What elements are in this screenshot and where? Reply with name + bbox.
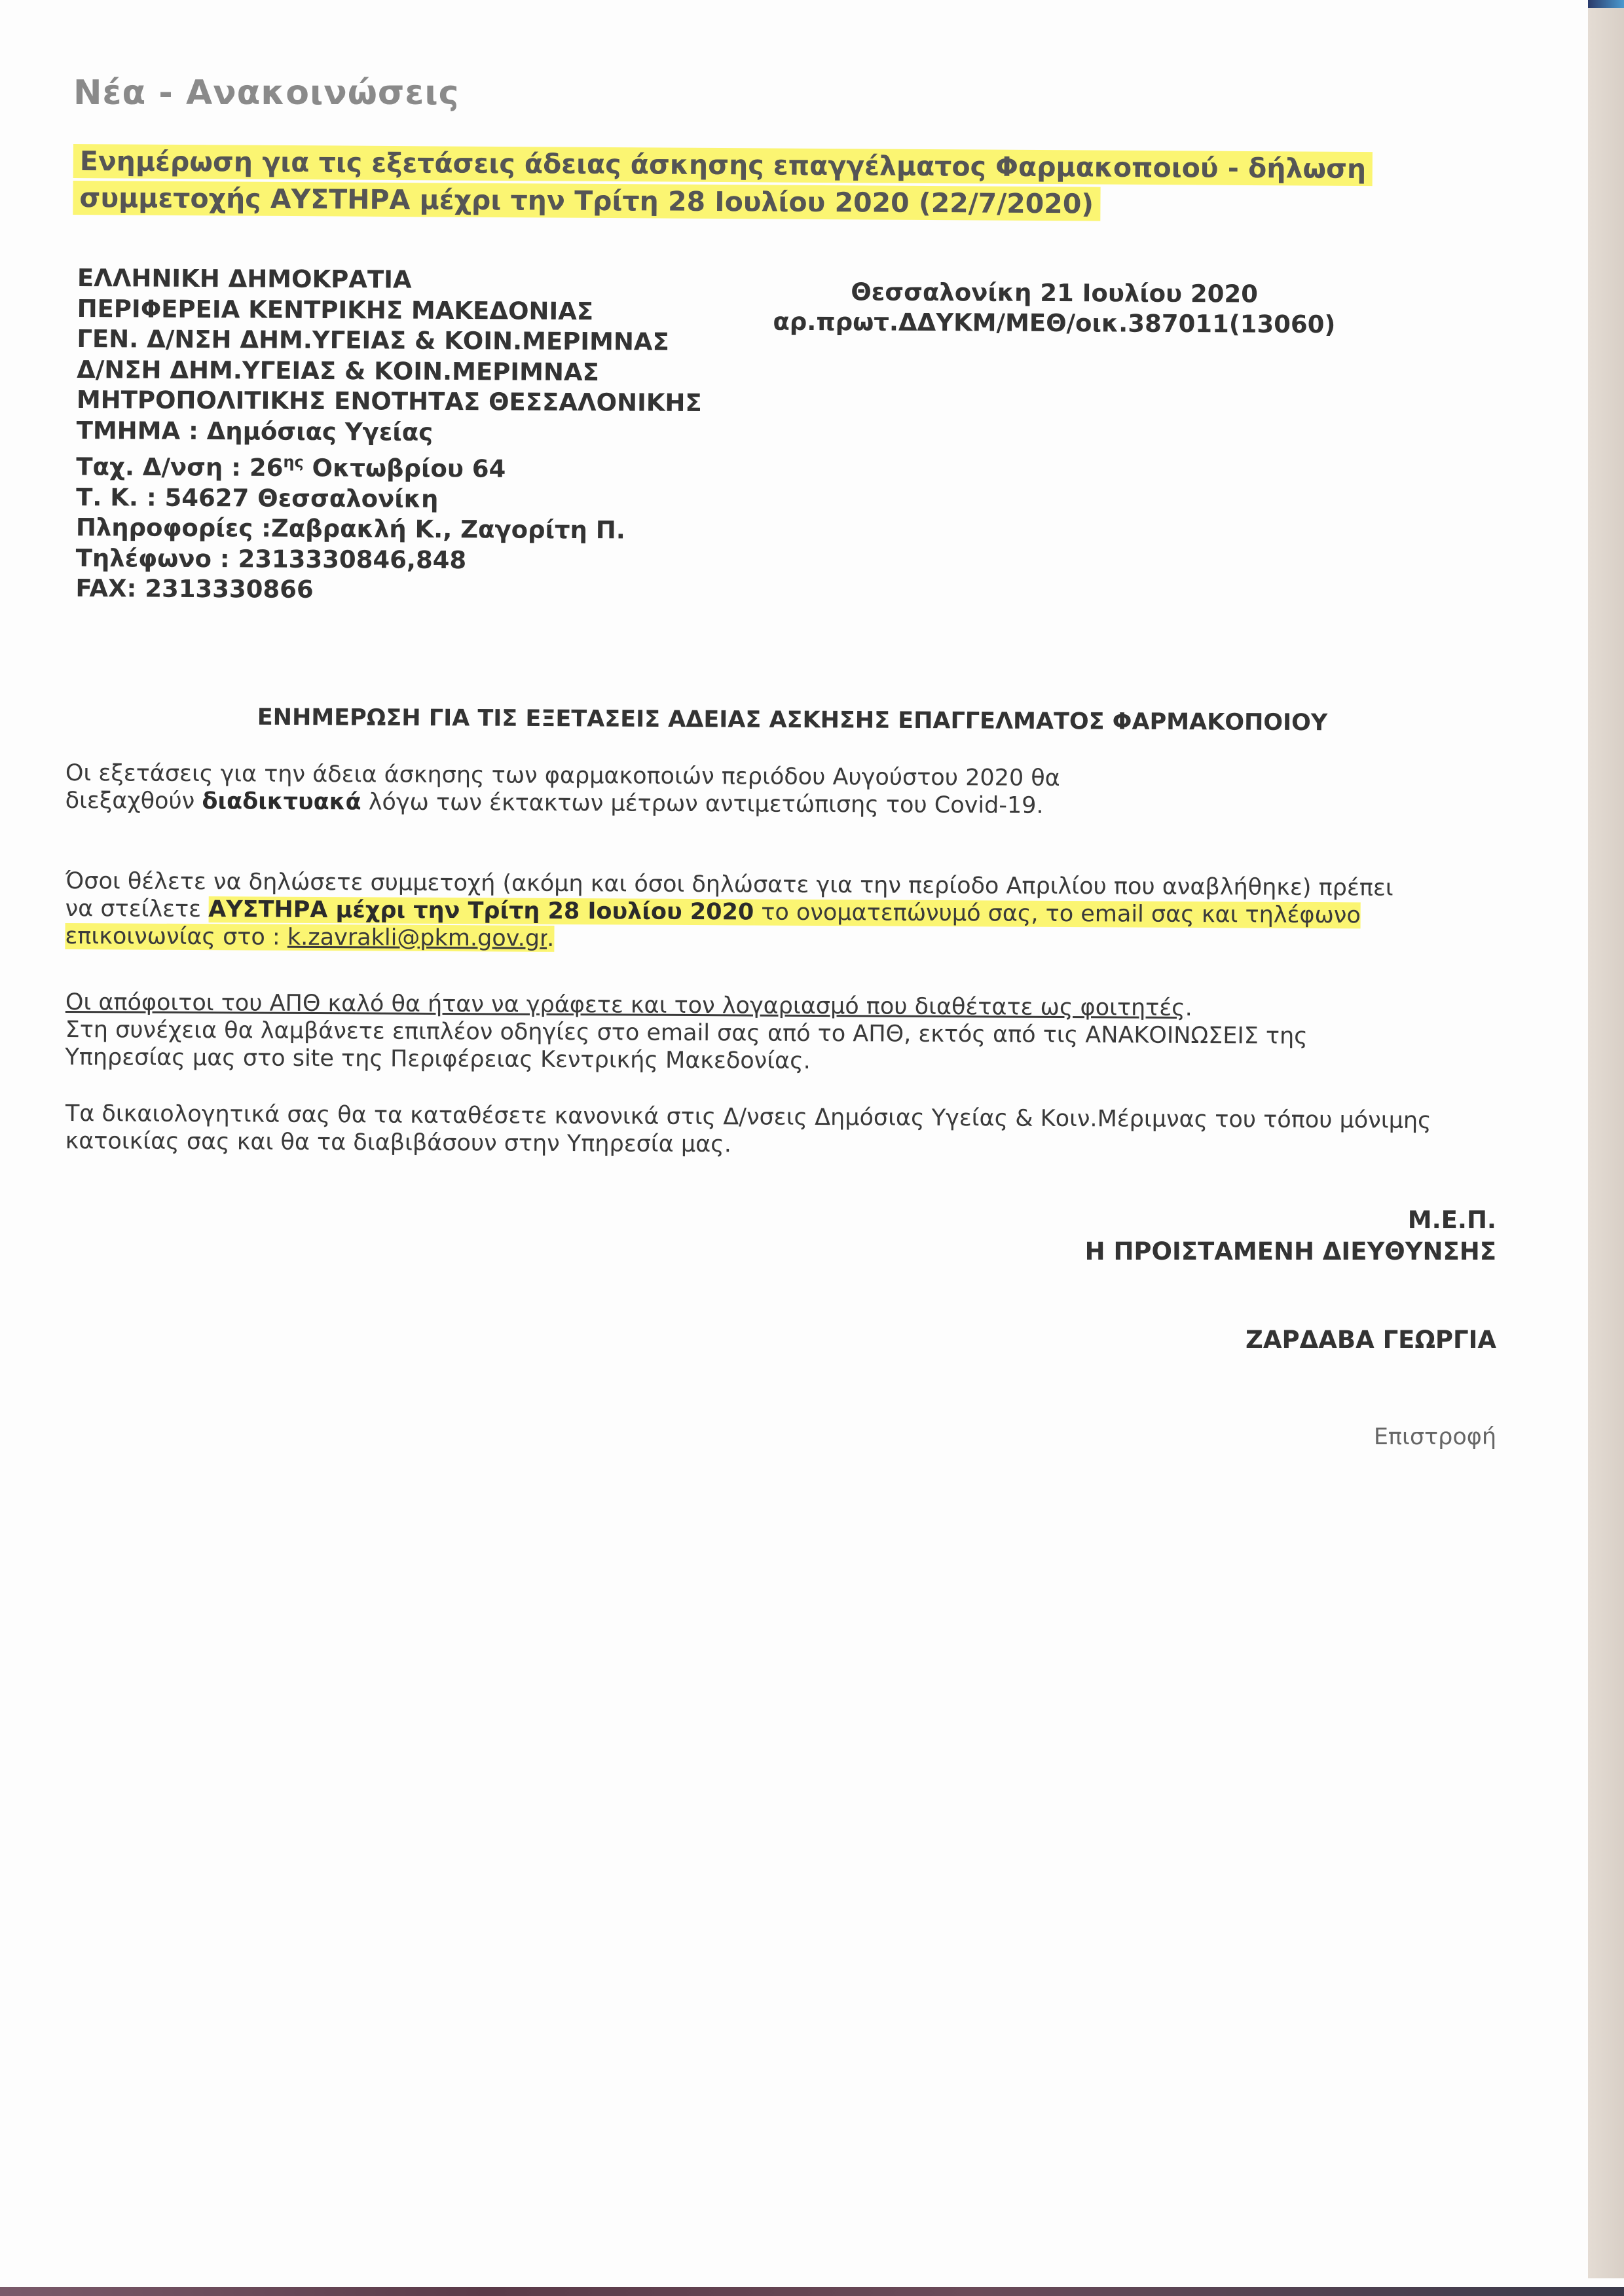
p2-deadline-bold: ΑΥΣΤΗΡΑ μέχρι την Τρίτη 28 Ιουλίου 2020	[208, 896, 754, 925]
signer-name: ΖΑΡΔΑΒΑ ΓΕΩΡΓΙΑ	[1246, 1326, 1496, 1354]
date-protocol-block: Θεσσαλονίκη 21 Ιουλίου 2020 αρ.πρωτ.ΔΔΥΚ…	[747, 277, 1362, 340]
p1-text: διεξαχθούν	[65, 788, 202, 814]
paragraph-4: Τα δικαιολογητικά σας θα τα καταθέσετε κ…	[65, 1100, 1519, 1163]
sender-line: ΤΜΗΜΑ : Δημόσιας Υγείας	[77, 415, 702, 448]
scan-bottom-edge	[0, 2287, 1624, 2296]
sender-line: ΕΛΛΗΝΙΚΗ ΔΗΜΟΚΡΑΤΙΑ	[77, 263, 703, 297]
announcement-title-line-2: συμμετοχής ΑΥΣΤΗΡΑ μέχρι την Τρίτη 28 Ιο…	[73, 181, 1100, 221]
address-sup: ης	[283, 453, 303, 471]
back-link[interactable]: Επιστροφή	[1374, 1424, 1496, 1450]
sender-address: Ταχ. Δ/νση : 26ης Οκτωβρίου 64	[76, 446, 701, 486]
sender-phone: Τηλέφωνο : 2313330846,848	[76, 543, 701, 577]
sender-line: Δ/ΝΣΗ ΔΗΜ.ΥΓΕΙΑΣ & ΚΟΙΝ.ΜΕΡΙΜΝΑΣ	[77, 354, 702, 388]
p1-text: λόγω των έκτακτων μέτρων αντιμετώπισης τ…	[361, 789, 1044, 818]
announcement-title-line-1: Ενημέρωση για τις εξετάσεις άδειας άσκησ…	[73, 144, 1373, 186]
address-suffix: Οκτωβρίου 64	[304, 454, 506, 483]
p2-text-highlighted: επικοινωνίας στο :	[65, 923, 287, 951]
p3-text: .	[1185, 995, 1192, 1021]
sender-block: ΕΛΛΗΝΙΚΗ ΔΗΜΟΚΡΑΤΙΑ ΠΕΡΙΦΕΡΕΙΑ ΚΕΝΤΡΙΚΗΣ…	[75, 263, 703, 608]
sender-info: Πληροφορίες :Ζαβρακλή Κ., Ζαγορίτη Π.	[76, 513, 701, 546]
sender-fax: FAX: 2313330866	[75, 574, 701, 607]
email-link[interactable]: k.zavrakli@pkm.gov.gr	[287, 924, 547, 952]
section-heading: Νέα - Ανακοινώσεις	[73, 73, 459, 113]
p2-text: .	[547, 926, 554, 952]
sender-line: ΜΗΤΡΟΠΟΛΙΤΙΚΗΣ ΕΝΟΤΗΤΑΣ ΘΕΣΣΑΛΟΝΙΚΗΣ	[77, 385, 702, 418]
p1-bold-online: διαδικτυακά	[202, 788, 361, 815]
paragraph-2: Όσοι θέλετε να δηλώσετε συμμετοχή (ακόμη…	[65, 867, 1519, 958]
announcement-title[interactable]: Ενημέρωση για τις εξετάσεις άδειας άσκησ…	[73, 143, 1416, 225]
p2-text-highlighted: το ονοματεπώνυμό σας, το email σας και τ…	[754, 900, 1361, 929]
paragraph-1: Οι εξετάσεις για την άδεια άσκησης των φ…	[65, 759, 1519, 822]
protocol-number: αρ.πρωτ.ΔΔΥΚΜ/ΜΕΘ/οικ.387011(13060)	[747, 307, 1362, 340]
signature-mep: Μ.Ε.Π.	[1085, 1205, 1496, 1236]
scan-paper-corner	[1588, 0, 1624, 8]
p2-text: να στείλετε	[65, 896, 209, 922]
sender-line: ΠΕΡΙΦΕΡΕΙΑ ΚΕΝΤΡΙΚΗΣ ΜΑΚΕΔΟΝΙΑΣ	[77, 293, 703, 327]
sender-line: ΓΕΝ. Δ/ΝΣΗ ΔΗΜ.ΥΓΕΙΑΣ & ΚΟΙΝ.ΜΕΡΙΜΝΑΣ	[77, 324, 702, 357]
scan-paper-edge	[1588, 0, 1624, 2278]
sender-postal: Τ. Κ. : 54627 Θεσσαλονίκη	[76, 483, 701, 516]
signature-role: Η ΠΡΟΙΣΤΑΜΕΝΗ ΔΙΕΥΘΥΝΣΗΣ	[1085, 1236, 1496, 1267]
document-title: ΕΝΗΜΕΡΩΣΗ ΓΙΑ ΤΙΣ ΕΞΕΤΑΣΕΙΣ ΑΔΕΙΑΣ ΑΣΚΗΣ…	[196, 704, 1388, 737]
paragraph-3: Οι απόφοιτοι του ΑΠΘ καλό θα ήταν να γρά…	[65, 989, 1519, 1079]
place-date: Θεσσαλονίκη 21 Ιουλίου 2020	[747, 277, 1362, 310]
address-prefix: Ταχ. Δ/νση : 26	[76, 452, 283, 482]
signature-block: Μ.Ε.Π. Η ΠΡΟΙΣΤΑΜΕΝΗ ΔΙΕΥΘΥΝΣΗΣ	[1085, 1205, 1496, 1267]
